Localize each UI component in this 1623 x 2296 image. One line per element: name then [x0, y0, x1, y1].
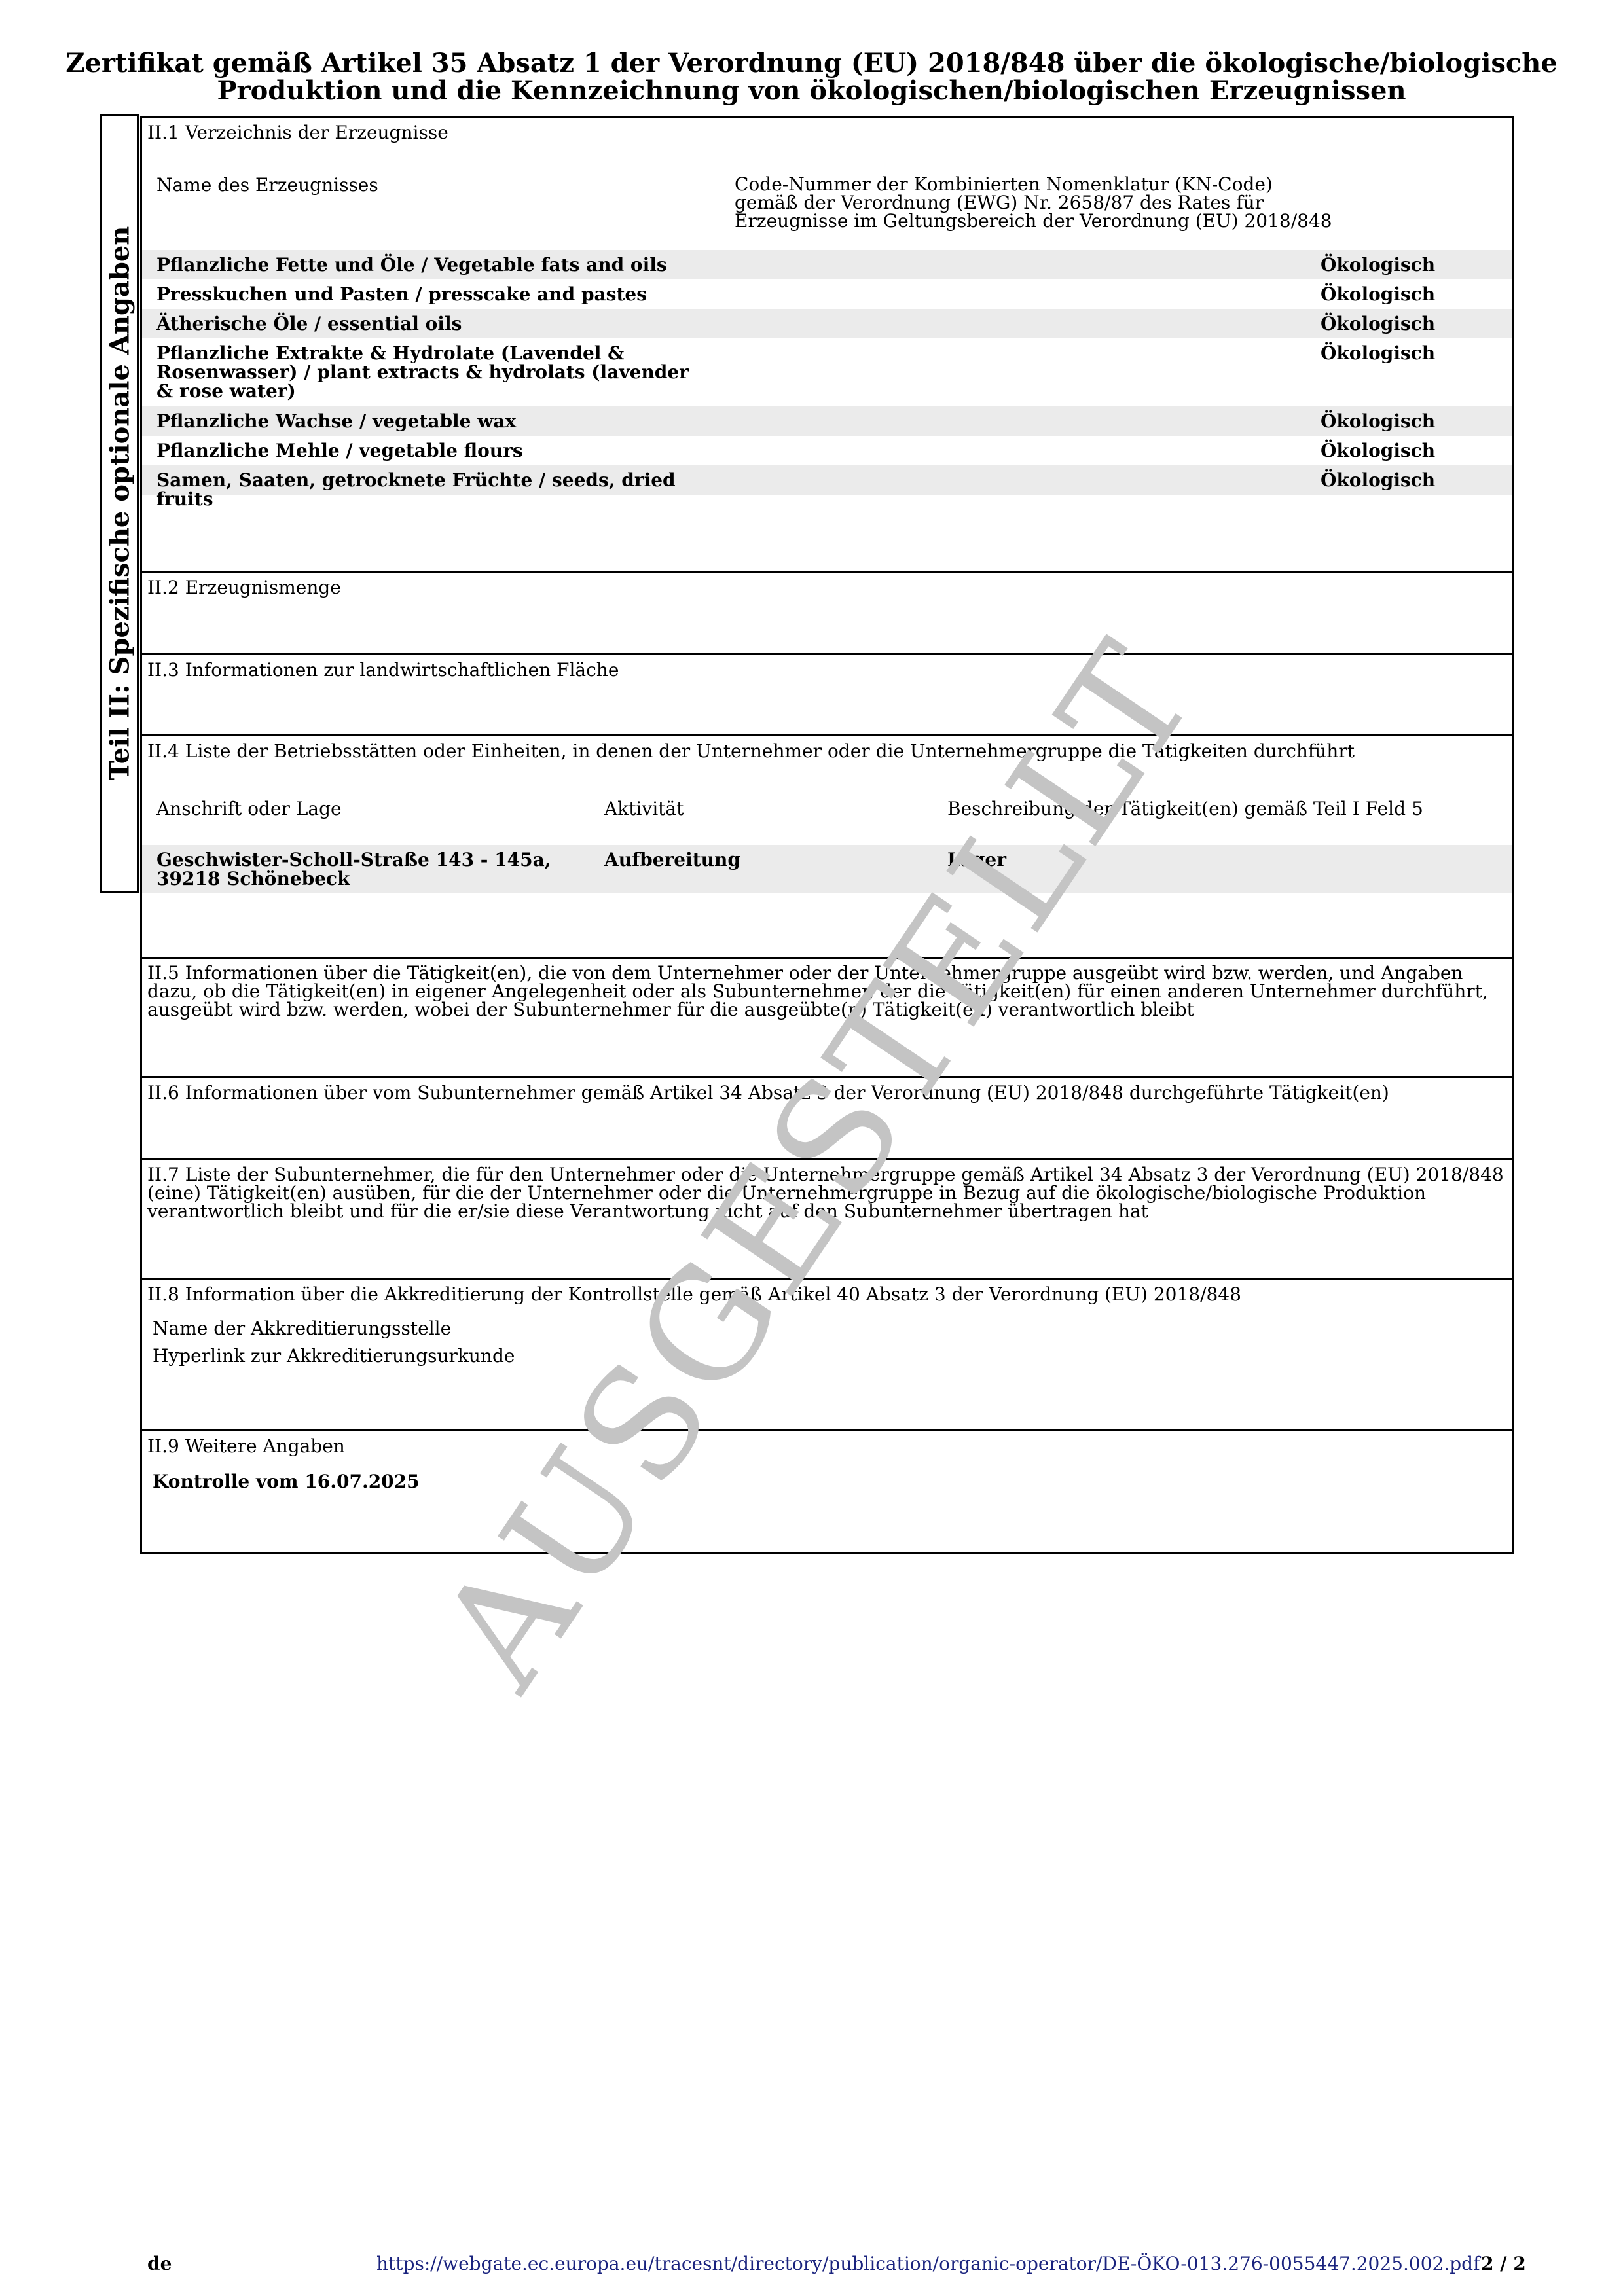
- accreditation-body-label: Name der Akkreditierungsstelle: [142, 1319, 1512, 1338]
- product-row: Pflanzliche Fette und Öle / Vegetable fa…: [142, 250, 1512, 279]
- accreditation-link-label: Hyperlink zur Akkreditierungsurkunde: [142, 1346, 1512, 1366]
- sites-table: Geschwister-Scholl-Straße 143 - 145a, 39…: [142, 845, 1512, 893]
- section-title: II.2 Erzeugnismenge: [142, 573, 1512, 598]
- sites-table-header: Anschrift oder Lage Aktivität Beschreibu…: [142, 799, 1512, 825]
- product-row: Ätherische Öle / essential oilsÖkologisc…: [142, 309, 1512, 338]
- site-address: Geschwister-Scholl-Straße 143 - 145a, 39…: [156, 850, 575, 888]
- product-row: Samen, Saaten, getrocknete Früchte / see…: [142, 465, 1512, 495]
- site-description: Lager: [947, 850, 1471, 869]
- footer-document-link[interactable]: https://webgate.ec.europa.eu/tracesnt/di…: [376, 2253, 1480, 2274]
- section-title: II.8 Information über die Akkreditierung…: [142, 1280, 1512, 1304]
- section-ii5-activities: II.5 Informationen über die Tätigkeit(en…: [142, 959, 1512, 1078]
- side-label-text: Teil II: Spezifische optionale Angaben: [105, 226, 136, 781]
- column-header-description: Beschreibung der Tätigkeit(en) gemäß Tei…: [947, 799, 1423, 818]
- product-row: Pflanzliche Wachse / vegetable waxÖkolog…: [142, 406, 1512, 436]
- products-table: Pflanzliche Fette und Öle / Vegetable fa…: [142, 250, 1512, 495]
- footer-language: de: [147, 2253, 172, 2274]
- product-name: Ätherische Öle / essential oils: [156, 314, 693, 333]
- product-status: Ökologisch: [1321, 441, 1435, 460]
- title-line-1: Zertifikat gemäß Artikel 35 Absatz 1 der…: [0, 50, 1623, 77]
- section-ii3-agricultural-area: II.3 Informationen zur landwirtschaftlic…: [142, 655, 1512, 736]
- product-row: Pflanzliche Extrakte & Hydrolate (Lavend…: [142, 338, 1512, 406]
- section-ii1-products: II.1 Verzeichnis der Erzeugnisse Name de…: [142, 118, 1512, 573]
- products-table-header: Name des Erzeugnisses Code-Nummer der Ko…: [142, 175, 1512, 234]
- section-ii2-quantity: II.2 Erzeugnismenge: [142, 573, 1512, 655]
- footer-page-number: 2 / 2: [1481, 2253, 1526, 2274]
- certificate-form: II.1 Verzeichnis der Erzeugnisse Name de…: [140, 116, 1514, 1554]
- site-activity: Aufbereitung: [604, 850, 919, 869]
- section-ii4-sites: II.4 Liste der Betriebsstätten oder Einh…: [142, 736, 1512, 959]
- section-title: II.9 Weitere Angaben: [142, 1431, 1512, 1456]
- product-row: Pflanzliche Mehle / vegetable floursÖkol…: [142, 436, 1512, 465]
- column-header-activity: Aktivität: [604, 799, 684, 818]
- part-two-side-label: Teil II: Spezifische optionale Angaben: [100, 114, 139, 893]
- section-ii6-subcontractor-activities: II.6 Informationen über vom Subunternehm…: [142, 1078, 1512, 1160]
- product-name: Pflanzliche Wachse / vegetable wax: [156, 412, 693, 431]
- inspection-date: Kontrolle vom 16.07.2025: [142, 1472, 1512, 1492]
- product-status: Ökologisch: [1321, 412, 1435, 431]
- product-status: Ökologisch: [1321, 314, 1435, 333]
- section-title: II.3 Informationen zur landwirtschaftlic…: [142, 655, 1512, 680]
- column-header-cn-code: Code-Nummer der Kombinierten Nomenklatur…: [735, 175, 1332, 230]
- section-ii7-subcontractors: II.7 Liste der Subunternehmer, die für d…: [142, 1160, 1512, 1280]
- product-name: Pflanzliche Extrakte & Hydrolate (Lavend…: [156, 344, 693, 401]
- column-header-product-name: Name des Erzeugnisses: [156, 175, 378, 194]
- product-row: Presskuchen und Pasten / presscake and p…: [142, 279, 1512, 309]
- section-ii9-further-info: II.9 Weitere Angaben Kontrolle vom 16.07…: [142, 1431, 1512, 1552]
- section-title: II.7 Liste der Subunternehmer, die für d…: [142, 1160, 1512, 1221]
- product-status: Ökologisch: [1321, 344, 1435, 363]
- product-name: Presskuchen und Pasten / presscake and p…: [156, 285, 693, 304]
- product-status: Ökologisch: [1321, 471, 1435, 490]
- section-title: II.5 Informationen über die Tätigkeit(en…: [142, 959, 1512, 1019]
- section-title: II.4 Liste der Betriebsstätten oder Einh…: [142, 736, 1512, 761]
- product-status: Ökologisch: [1321, 255, 1435, 274]
- site-row: Geschwister-Scholl-Straße 143 - 145a, 39…: [142, 845, 1512, 893]
- document-title: Zertifikat gemäß Artikel 35 Absatz 1 der…: [0, 50, 1623, 105]
- product-name: Pflanzliche Fette und Öle / Vegetable fa…: [156, 255, 693, 274]
- column-header-address: Anschrift oder Lage: [156, 799, 342, 818]
- section-title: II.1 Verzeichnis der Erzeugnisse: [142, 118, 1512, 143]
- section-ii8-accreditation: II.8 Information über die Akkreditierung…: [142, 1280, 1512, 1431]
- title-line-2: Produktion und die Kennzeichnung von öko…: [0, 77, 1623, 105]
- product-name: Pflanzliche Mehle / vegetable flours: [156, 441, 693, 460]
- product-name: Samen, Saaten, getrocknete Früchte / see…: [156, 471, 693, 509]
- product-status: Ökologisch: [1321, 285, 1435, 304]
- section-title: II.6 Informationen über vom Subunternehm…: [142, 1078, 1512, 1103]
